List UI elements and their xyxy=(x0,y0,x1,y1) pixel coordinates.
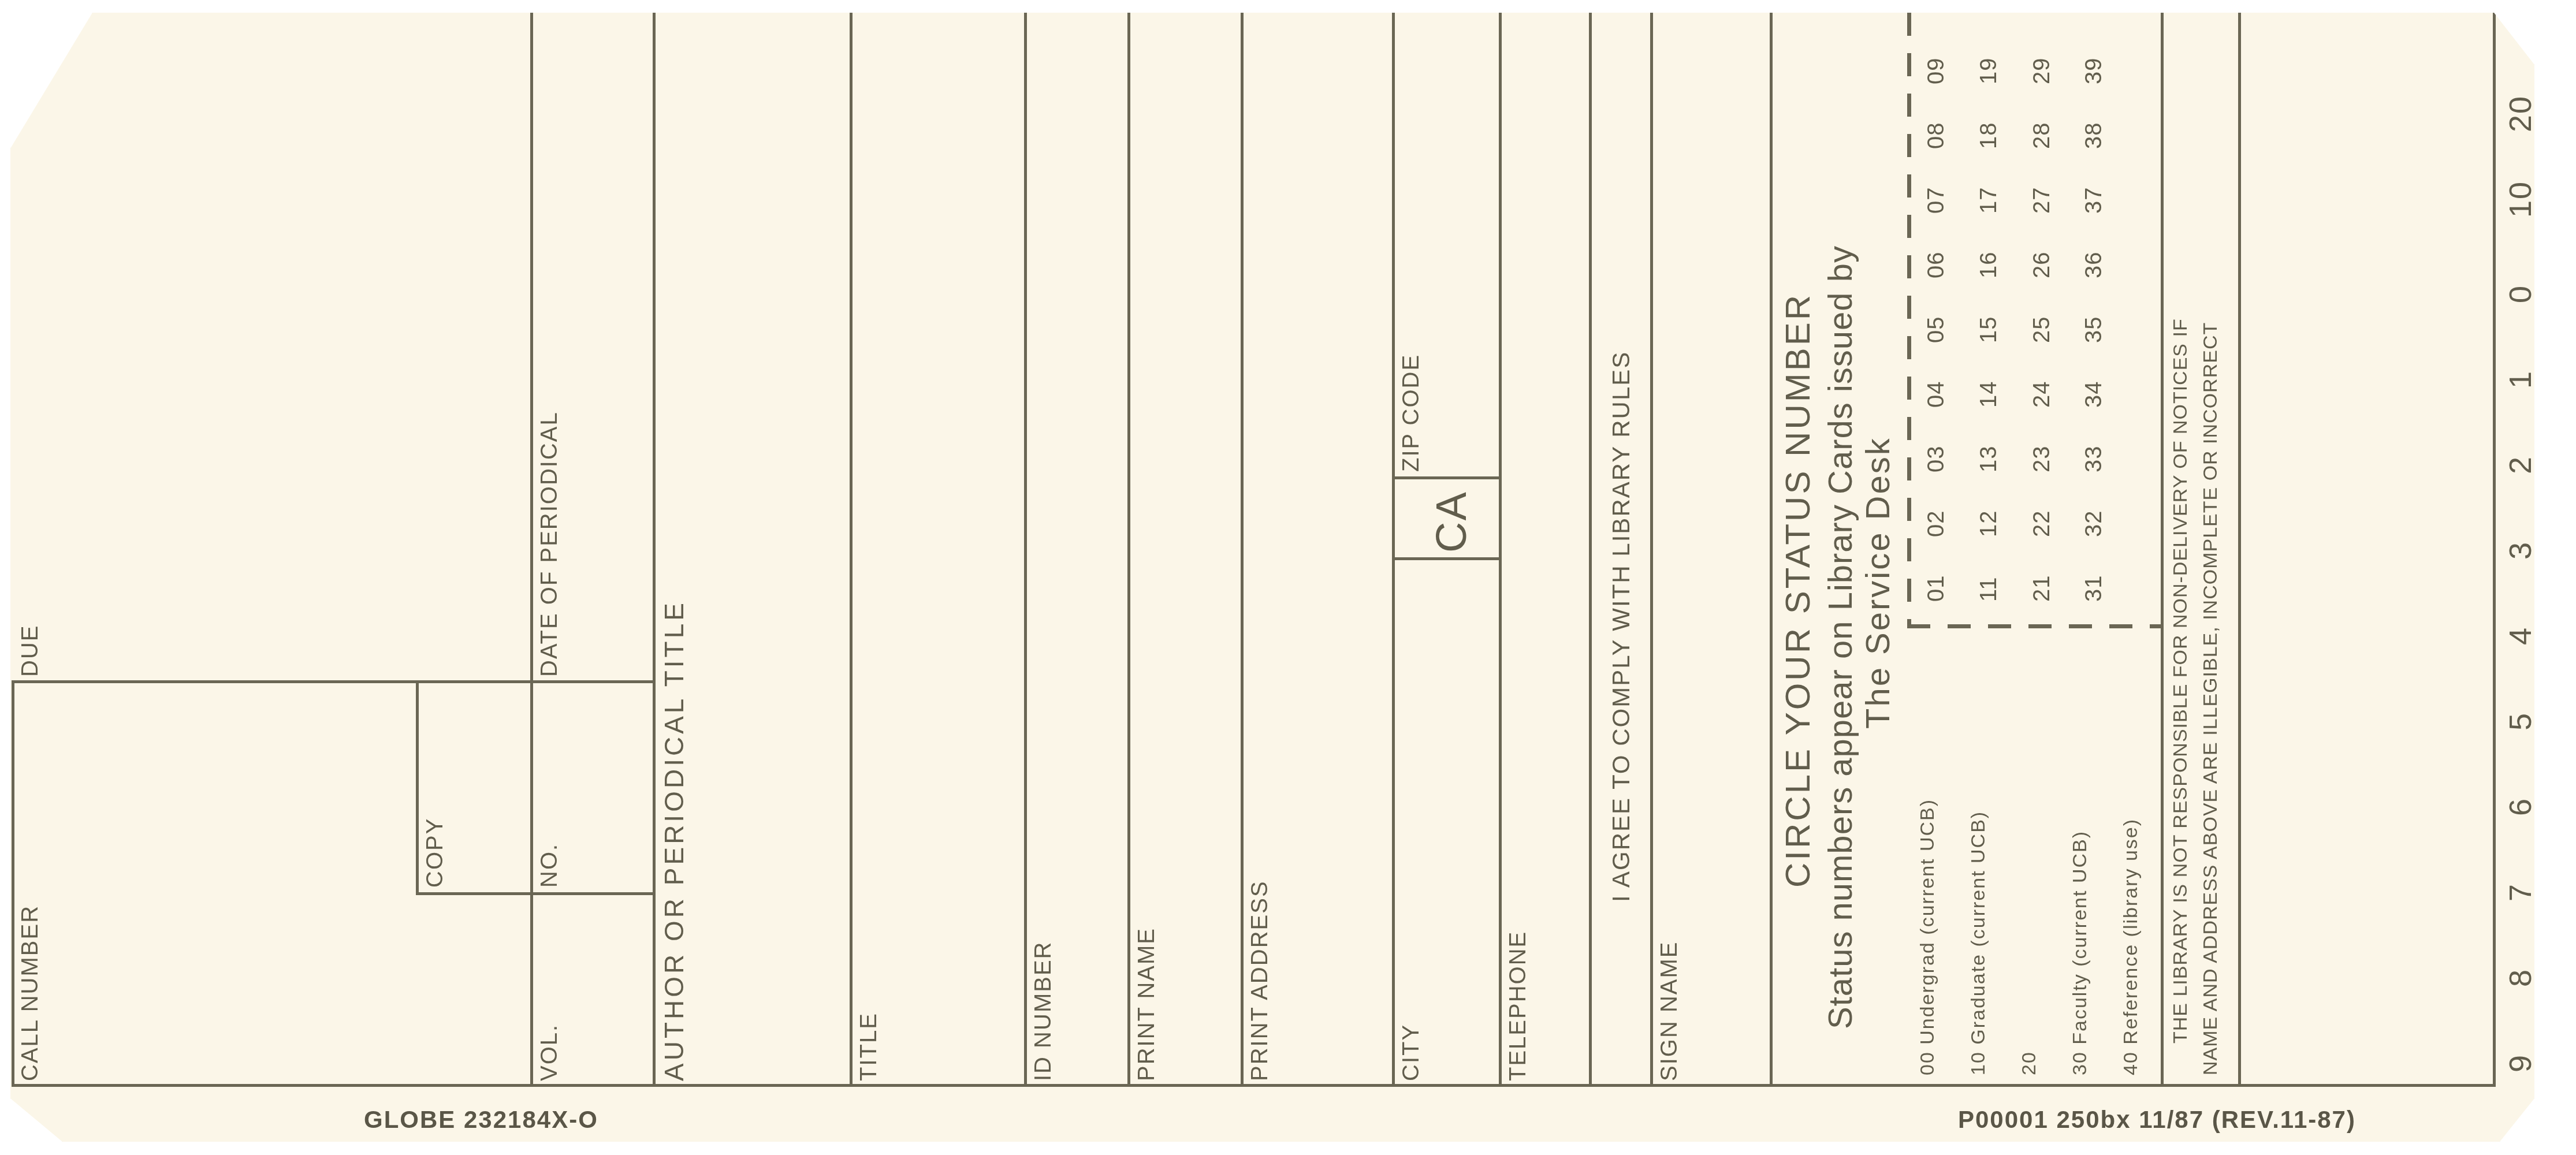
status-number-12[interactable]: 12 xyxy=(1976,511,2002,538)
col-line-4 xyxy=(1024,13,1027,1087)
footer-form-number: GLOBE 232184X-O xyxy=(364,1106,598,1134)
edge-scale-mark: 9 xyxy=(2503,1054,2538,1072)
status-number-01[interactable]: 01 xyxy=(1923,575,1949,602)
status-number-24[interactable]: 24 xyxy=(2029,381,2055,408)
status-subheading-line1: Status numbers appear on Library Cards i… xyxy=(1821,245,1860,1029)
status-number-25[interactable]: 25 xyxy=(2029,316,2055,344)
copy-left-line xyxy=(416,680,419,895)
status-number-04[interactable]: 04 xyxy=(1923,381,1949,408)
copy-no-divider xyxy=(416,892,654,895)
status-number-11[interactable]: 11 xyxy=(1976,576,2002,602)
disclaimer-line1: THE LIBRARY IS NOT RESPONSIBLE FOR NON-D… xyxy=(2169,318,2192,1044)
print-name-label: PRINT NAME xyxy=(1134,927,1160,1081)
footer-print-code: P00001 250bx 11/87 (REV.11-87) xyxy=(1958,1106,2356,1134)
status-legend-0: 00 Undergrad (current UCB) xyxy=(1916,799,1939,1075)
sign-name-label: SIGN NAME xyxy=(1656,941,1682,1081)
status-box-dashed-left xyxy=(1907,13,1911,628)
col-line-12 xyxy=(2161,13,2164,1087)
status-number-32[interactable]: 32 xyxy=(2081,511,2107,538)
telephone-label: TELEPHONE xyxy=(1505,931,1531,1081)
status-legend-3: 30 Faculty (current UCB) xyxy=(2069,830,2091,1075)
col-line-3 xyxy=(850,13,853,1087)
due-label: DUE xyxy=(17,625,43,677)
state-value: CA xyxy=(1427,491,1476,553)
edge-scale-mark: 8 xyxy=(2503,968,2538,987)
col-line-9 xyxy=(1589,13,1592,1087)
status-number-35[interactable]: 35 xyxy=(2081,316,2107,344)
status-number-17[interactable]: 17 xyxy=(1976,187,2002,214)
status-number-16[interactable]: 16 xyxy=(1976,252,2002,279)
bottom-rule xyxy=(12,1084,2495,1087)
status-box-dashed-bottom xyxy=(1907,624,2161,628)
edge-scale-mark: 6 xyxy=(2503,798,2538,816)
status-number-06[interactable]: 06 xyxy=(1923,252,1949,279)
copy-label: COPY xyxy=(422,818,448,888)
due-divider xyxy=(12,680,654,683)
edge-scale-mark: 2 xyxy=(2503,456,2538,474)
col-line-8 xyxy=(1499,13,1502,1087)
disclaimer-line2: NAME AND ADDRESS ABOVE ARE ILLEGIBLE, IN… xyxy=(2199,322,2222,1075)
no-label: NO. xyxy=(537,843,563,888)
col-line-13 xyxy=(2238,13,2241,1087)
status-number-03[interactable]: 03 xyxy=(1923,446,1949,473)
status-number-07[interactable]: 07 xyxy=(1923,187,1949,214)
zip-state-top xyxy=(1392,476,1499,479)
col-line-11 xyxy=(1770,13,1773,1087)
zip-state-bottom xyxy=(1392,557,1499,560)
print-address-label: PRINT ADDRESS xyxy=(1247,880,1273,1081)
library-checkout-card: DUE CALL NUMBER COPY DATE OF PERIODICAL … xyxy=(10,13,2534,1142)
zip-code-label: ZIP CODE xyxy=(1398,354,1424,472)
col-line-6 xyxy=(1241,13,1244,1087)
status-number-38[interactable]: 38 xyxy=(2081,122,2107,150)
col-line-2 xyxy=(653,13,656,1087)
col-line-10 xyxy=(1650,13,1653,1087)
col-line-5 xyxy=(1127,13,1130,1087)
edge-scale-mark: 10 xyxy=(2503,181,2538,218)
status-number-22[interactable]: 22 xyxy=(2029,511,2055,538)
col-line-1 xyxy=(530,13,533,1087)
status-legend-4: 40 Reference (library use) xyxy=(2120,818,2142,1075)
status-number-26[interactable]: 26 xyxy=(2029,252,2055,279)
status-number-36[interactable]: 36 xyxy=(2081,252,2107,279)
author-or-periodical-title-label: AUTHOR OR PERIODICAL TITLE xyxy=(658,600,690,1081)
status-number-02[interactable]: 02 xyxy=(1923,511,1949,538)
status-number-34[interactable]: 34 xyxy=(2081,381,2107,408)
status-subheading-line2: The Service Desk xyxy=(1859,437,1897,729)
status-number-28[interactable]: 28 xyxy=(2029,122,2055,150)
vol-label: VOL. xyxy=(537,1024,563,1081)
status-number-09[interactable]: 09 xyxy=(1923,58,1949,85)
agree-rules-label: I AGREE TO COMPLY WITH LIBRARY RULES xyxy=(1607,351,1635,902)
status-number-05[interactable]: 05 xyxy=(1923,316,1949,344)
status-number-27[interactable]: 27 xyxy=(2029,187,2055,214)
edge-scale-mark: 0 xyxy=(2503,285,2538,303)
status-number-29[interactable]: 29 xyxy=(2029,58,2055,85)
edge-scale-mark: 4 xyxy=(2503,627,2538,645)
status-number-14[interactable]: 14 xyxy=(1976,381,2002,408)
status-number-37[interactable]: 37 xyxy=(2081,187,2107,214)
status-number-13[interactable]: 13 xyxy=(1976,446,2002,473)
edge-scale-mark: 20 xyxy=(2503,95,2538,132)
edge-scale-mark: 3 xyxy=(2503,541,2538,560)
call-number-label: CALL NUMBER xyxy=(17,905,43,1081)
status-number-18[interactable]: 18 xyxy=(1976,122,2002,150)
status-number-21[interactable]: 21 xyxy=(2029,575,2055,602)
status-number-39[interactable]: 39 xyxy=(2081,58,2107,85)
status-number-19[interactable]: 19 xyxy=(1976,58,2002,85)
status-legend-1: 10 Graduate (current UCB) xyxy=(1967,811,1990,1075)
edge-scale-mark: 5 xyxy=(2503,712,2538,731)
status-legend-2: 20 xyxy=(2018,1051,2041,1075)
status-heading: CIRCLE YOUR STATUS NUMBER xyxy=(1778,293,1818,888)
edge-scale-mark: 7 xyxy=(2503,883,2538,901)
status-number-31[interactable]: 31 xyxy=(2081,575,2107,602)
status-number-23[interactable]: 23 xyxy=(2029,446,2055,473)
id-number-label: ID NUMBER xyxy=(1030,941,1056,1081)
city-label: CITY xyxy=(1398,1024,1424,1081)
date-of-periodical-label: DATE OF PERIODICAL xyxy=(537,411,563,677)
col-line-7 xyxy=(1392,13,1395,1087)
status-number-08[interactable]: 08 xyxy=(1923,122,1949,150)
status-number-15[interactable]: 15 xyxy=(1976,316,2002,344)
left-border-lower xyxy=(12,680,14,1087)
status-number-33[interactable]: 33 xyxy=(2081,446,2107,473)
col-line-14 xyxy=(2493,13,2496,1087)
title-label: TITLE xyxy=(856,1012,882,1081)
edge-scale-mark: 1 xyxy=(2503,370,2538,389)
